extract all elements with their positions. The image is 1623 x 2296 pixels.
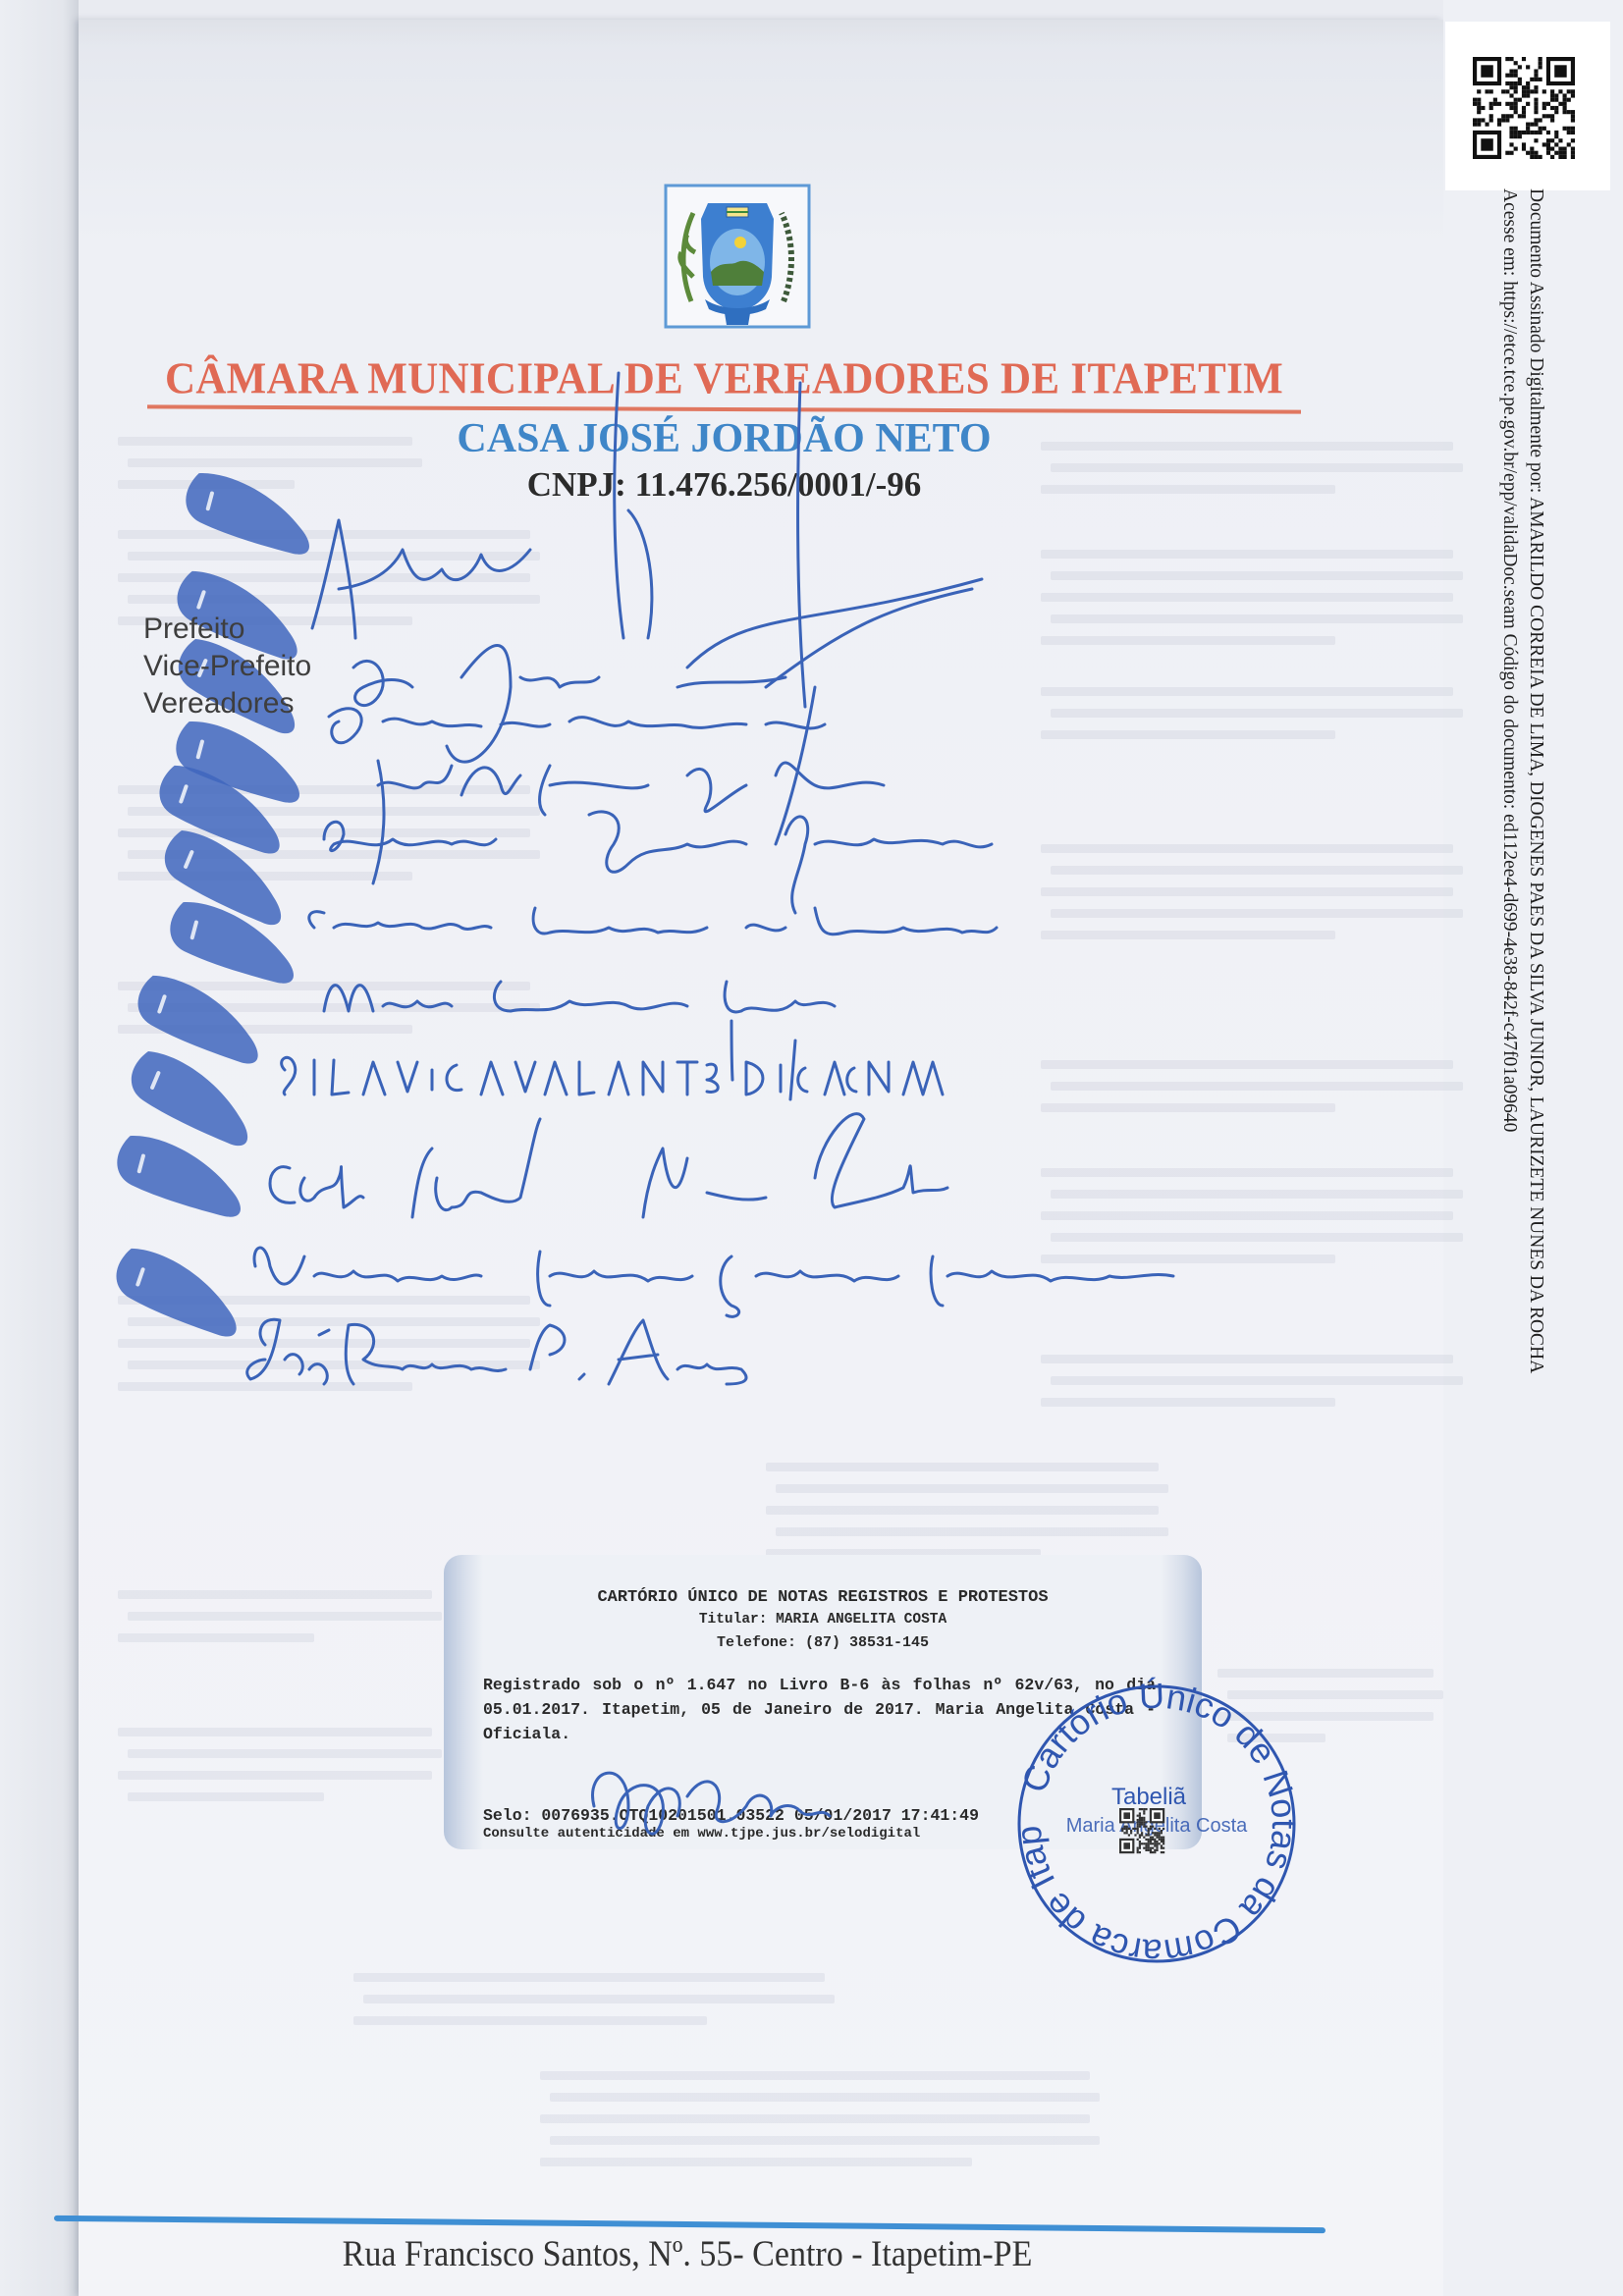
- svg-text:Tabeliã: Tabeliã: [1111, 1784, 1187, 1810]
- roles-list: Prefeito Vice-Prefeito Vereadores: [143, 611, 311, 722]
- role-prefeito: Prefeito: [143, 611, 311, 648]
- thumbprints: [0, 0, 1623, 2296]
- thumbprint-icon: [178, 464, 322, 564]
- notary-stamp: Cartório Único de Notas da Comarca de It…: [1009, 1677, 1304, 1971]
- role-vice-prefeito: Vice-Prefeito: [143, 648, 311, 685]
- role-vereadores: Vereadores: [143, 685, 311, 722]
- thumbprint-icon: [107, 1240, 251, 1347]
